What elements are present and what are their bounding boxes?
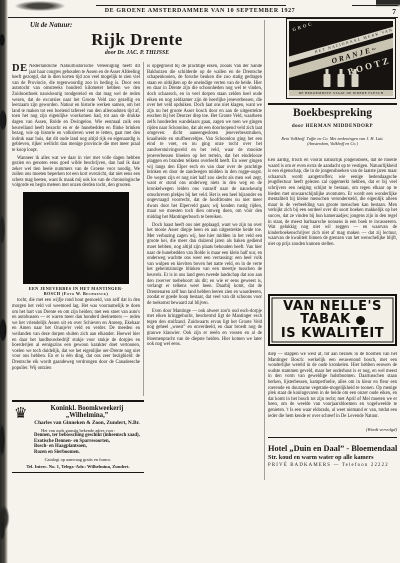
- review-byline: door HERMAN MIDDENDORP: [268, 124, 397, 129]
- paragraph: Wanneer ik alles wat we daar in vier met…: [12, 156, 140, 190]
- bottle-icon: [338, 74, 345, 87]
- ad-line-text: TABAK: [300, 313, 350, 327]
- article-byline: door Dr. JAC. P. THIJSSE: [12, 50, 262, 56]
- section-rule: [268, 437, 397, 438]
- header-rule: [352, 5, 398, 6]
- ad-note: Catalogi op aanvraag gratis en franco.: [14, 457, 142, 462]
- paragraph: tocht, die met een wijfje rond hout gesn…: [12, 298, 140, 371]
- ad-contact-line: Tel. Interc. No. 1, Telegr.-Adr.: Wilhel…: [14, 464, 142, 469]
- paragraph: Een aardig, frisch en vooral natuurlijk …: [268, 158, 397, 248]
- ad-corner-text: GROC: [292, 21, 314, 32]
- column-divider: [143, 62, 144, 396]
- ad-item: Dennen, ter bebossching geschikt (inheem…: [34, 433, 142, 439]
- masthead: DE GROENE AMSTERDAMMER VAN 10 SEPTEMBER …: [0, 8, 400, 14]
- paragraph: is opgegroeid bij de prachtige eiken, zo…: [147, 64, 262, 221]
- section-rule: [268, 103, 397, 105]
- header-rule: [96, 5, 286, 6]
- paragraph: Even door Mantinge — ook alweer zoo'n ou…: [147, 309, 262, 348]
- article-column-middle: is opgegroeid bij de prachtige eiken, zo…: [147, 64, 262, 472]
- review-column-upper: Een aardig, frisch en vooral natuurlijk …: [268, 158, 397, 292]
- wilhelmina-nursery-ad: ♛ Koninkl. Boomkweekerij „Wilhelmina,” C…: [12, 400, 144, 473]
- review-bibliography: Rein Valkhoff. Tuffie en Co. Met teekeni…: [280, 136, 385, 146]
- scan-edge-artifact: [0, 0, 8, 563]
- newspaper-page: DE GROENE AMSTERDAMMER VAN 10 SEPTEMBER …: [0, 0, 400, 563]
- bootz-liqueur-ad: GROC HET NATIONAAL MERK VAN ORANJE~ BOOT…: [286, 18, 396, 99]
- article-title: Rijk Drente: [12, 30, 262, 50]
- paragraph: DENederlandsche Natuurhistorische Vereen…: [12, 64, 140, 154]
- crown-icon: ♛: [14, 407, 27, 422]
- bottle-icon: [324, 74, 331, 87]
- page-number: 7: [392, 7, 396, 16]
- ad-line: IS KWALITEIT: [281, 327, 384, 341]
- hotel-duin-en-daal-ad: Hotel „Duin en Daal” - Bloemendaal Str. …: [268, 444, 398, 468]
- ad-line: TABAK: [300, 313, 364, 327]
- caption-line: BOSCH (Foto W. Beijerinck): [44, 291, 108, 296]
- paragraph-text: Nederlandsche Natuurhistorische Vereenig…: [12, 64, 140, 153]
- ad-company-address: Charles van Ginneken & Zoon, Zundert, N.…: [32, 420, 142, 426]
- bottle-icon: [352, 74, 359, 87]
- article-column-left: DENederlandsche Natuurhistorische Vereen…: [12, 64, 140, 398]
- continuation-note: (Wordt vervolgd): [268, 427, 397, 432]
- paragraph: Doch haast heeft ons niet geplaagd, want…: [147, 223, 262, 307]
- ad-company-name: Koninkl. Boomkweekerij „Wilhelmina,”: [32, 405, 142, 419]
- drop-cap: DE: [12, 64, 28, 74]
- review-heading: Boekbespreking: [268, 107, 397, 119]
- section-kicker: Uit de Natuur:: [30, 21, 72, 29]
- hotel-ad-title: Hotel „Duin en Daal” - Bloemendaal: [268, 444, 398, 453]
- van-nelle-tobacco-ad: VAN NELLE'S TABAK IS KWALITEIT: [268, 294, 397, 346]
- bootz-ad-artwork: GROC HET NATIONAAL MERK VAN ORANJE~ BOOT…: [289, 21, 393, 96]
- article-figure: EEN JENEVERBES IN HET MANTINGER- BOSCH (…: [12, 192, 140, 296]
- paragraph: diep — stappen we west af, tot aan bezoe…: [268, 352, 397, 419]
- black-dot-icon: [356, 316, 365, 325]
- ad-caption-strip: DE BEROEMDSTE STAAT OP IEDERE FLESCH: [289, 90, 393, 96]
- hotel-ad-line: Str. koud en warm water op alle kamers: [268, 454, 398, 461]
- hotel-ad-line: PRIVÉ BADKAMERS — Telefoon 22222: [268, 463, 398, 468]
- review-column-lower: diep — stappen we west af, tot aan bezoe…: [268, 352, 397, 425]
- ad-item: Rozen en Sierboomen.: [34, 450, 142, 456]
- photo-caption: EEN JENEVERBES IN HET MANTINGER- BOSCH (…: [12, 286, 140, 296]
- bottle-trio-icon: [324, 74, 359, 87]
- juniper-photo: [23, 192, 129, 284]
- column-divider: [264, 20, 265, 480]
- ad-line: VAN NELLE'S: [283, 300, 382, 314]
